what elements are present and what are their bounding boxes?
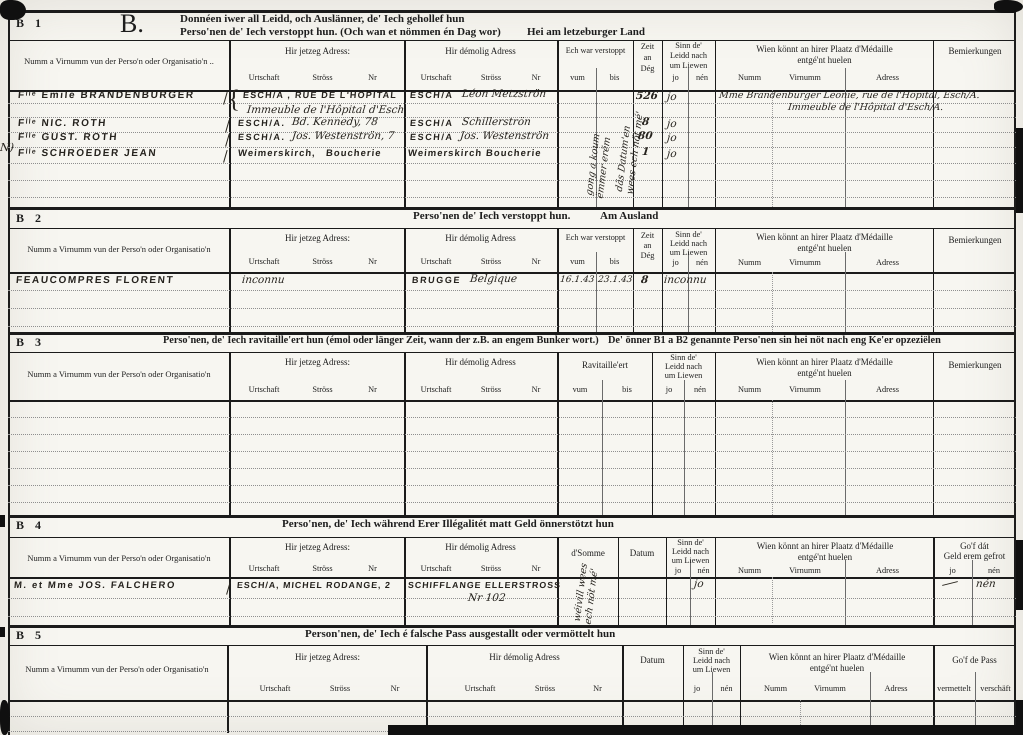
grid-line [772,90,773,207]
b1-col-jetzeg: Hir jetzeg Adress: [232,46,403,56]
grid-line [8,616,1016,617]
b1-sub-vum: vum [559,73,596,82]
b1-sub-urtschaft-1: Urtschaft [233,73,295,82]
b2-sub-numm: Numm [722,258,777,267]
b2-title: Perso'nen de' Iech verstoppt hun. [413,210,570,222]
b1-row4-alive: jo [666,148,677,160]
scan-artifact [0,0,26,20]
grid-line [8,290,1016,291]
b1-row2-jetzeg-ort: ESCH/A. [238,118,287,128]
b5-sub-stross-1: Ströss [310,684,370,693]
b1-sub-stross-2: Ströss [466,73,516,82]
b1-verstoppt-bis-note: däs Datum'en wees ech nöt mé' [614,107,646,195]
b4-sub-stross-1: Ströss [295,564,350,573]
b5-sub-nr-1: Nr [370,684,420,693]
b1-col-medal-2: entgé'nt huelen [717,55,932,65]
b1-sub-nr-2: Nr [516,73,556,82]
scan-artifact [1016,540,1023,610]
b1-sub-stross-1: Ströss [295,73,350,82]
b4-sub-nr-1: Nr [350,564,395,573]
grid-line [8,485,1016,486]
b5-sub-stross-2: Ströss [515,684,575,693]
b4-sub-stross-2: Ströss [466,564,516,573]
b2-col-medal-2: entgé'nt huelen [717,243,932,253]
b3-col-bemierkungen: Bemierkungen [935,360,1015,370]
grid-line [845,380,846,515]
b5-col-medal-2: entgé'nt huelen [742,663,932,673]
b2-sub-bis: bis [596,257,633,266]
b1-row1-medal-line2: Immeuble de l'Hôpital d'Esch/A. [787,102,943,113]
b1-col-zeit-3: Dég [633,64,662,73]
b3-sub-nr-1: Nr [350,385,395,394]
b1-row1-demolig-ort: ESCH/A [410,90,454,100]
b3-col-jetzeg: Hir jetzeg Adress: [232,357,403,367]
b1-row2-demolig-ort: ESCH/A [410,118,454,128]
b1-verstoppt-vum-note: gong a koum ëmmer erëm [584,132,613,200]
b1-sub-urtschaft-2: Urtschaft [406,73,466,82]
b2-sub-jo: jo [663,258,688,267]
b1-row4-demolig-ort: Weimerskirch [408,148,483,159]
b1-col-verstoppt: Ech war verstoppt [559,46,632,55]
b5-sub-urtschaft-2: Urtschaft [445,684,515,693]
b1-row4-zeit: 1 [641,146,650,158]
b1-col-zeit-1: Zeit [633,42,662,51]
b3-sub-bis: bis [604,385,650,394]
b4-col-medal-2: entgé'nt huelen [717,552,933,562]
grid-line [8,700,1016,702]
grid-line [8,577,1016,579]
b4-sub-jo: jo [666,566,690,575]
grid-line [8,10,1016,13]
b2-sub-nen: nén [689,258,715,267]
b4-col-datum: Datum [618,548,666,558]
b1-row1-zeit: 526 [635,90,658,102]
grid-line [229,228,231,332]
b4-sub-numm: Numm [722,566,777,575]
b5-sub-jo: jo [683,684,711,693]
grid-line [684,380,685,515]
b5-col-demolig: Hir démolig Adress [427,652,622,662]
b2-col-medal-1: Wien könnt an hirer Plaatz d'Médaille [717,232,932,242]
b2-row1-demolig-stross: Belgique [469,273,517,285]
b4-col-sinn-1: Sinn de' [666,538,715,547]
grid-line [8,326,1016,327]
tick-mark [217,148,227,162]
b1-col-zeit-2: an [633,53,662,62]
b1-row2-name: Fˡˡᵉ NIC. ROTH [18,118,108,129]
grid-line [8,163,1016,164]
grid-line [404,40,406,207]
b2-row1-name: FEAUCOMPRES FLORENT [16,275,175,286]
grid-line [8,400,1016,402]
b4-sub-adress: Adress [845,566,930,575]
b2-sub-vum: vum [559,257,596,266]
b3-col-ravitailleert: Ravitaille'ert [558,360,652,370]
b5-sub-nen: nén [713,684,740,693]
b1-row1-demolig-stross: Léon Metzströn [461,88,546,100]
b4-sub-geld-jo: jo [933,566,972,575]
b2-col-name: Numm a Virnumm vun der Perso'n oder Orga… [12,244,226,254]
b4-title: Perso'nen, de' Iech während Erer Illégal… [282,518,614,530]
grid-line [404,228,406,332]
grid-line [1014,10,1016,735]
b3-sub-urtschaft-2: Urtschaft [406,385,466,394]
b1-row4-demolig-stross: Boucherie [486,148,542,159]
b5-col-medal-1: Wien könnt an hirer Plaatz d'Médaille [742,652,932,662]
b1-sub-nr-1: Nr [350,73,395,82]
scan-artifact [0,627,5,637]
scan-artifact [0,700,10,735]
b3-col-sinn-3: um Liewen [654,371,713,380]
b3-col-medal-2: entgé'nt huelen [717,368,932,378]
b5-sub-adress: Adress [862,684,930,693]
b1-row4-jetzeg-stross: Boucherie [326,148,382,159]
grid-line [557,228,559,332]
b5-col-name: Numm a Virnumm vun der Perso'n oder Orga… [12,664,222,674]
b1-col-bemierkungen: Bemierkungen [935,46,1015,56]
b2-row1-bis: 23.1.43 [597,275,632,285]
b1-row3-jetzeg-ort: ESCH/A. [238,132,287,142]
b4-col-jetzeg: Hir jetzeg Adress: [232,542,403,552]
b1-row1-alive: jo [666,91,677,103]
b3-sub-nen: nén [686,385,714,394]
b5-col-sinn-1: Sinn de' [683,647,740,656]
b3-sub-virnumm: Virnumm [770,385,840,394]
b1-row1-name: Fˡˡᵉ Emile BRANDENBURGER [18,90,196,101]
b2-col-sinn-2: Leidd nach [663,239,714,248]
b3-title: Perso'nen, de' Iech ravitaille'ert hun (… [163,335,599,346]
b1-row1-medal-line1: Mme Brandenburger Léonie, rue de l'Hôpit… [718,90,980,101]
b3-title-suffix: De' önner B1 a B2 genannte Perso'nen sin… [608,335,941,346]
b2-sub-virnumm: Virnumm [770,258,840,267]
scan-artifact [0,515,5,527]
b2-sub-nr-1: Nr [350,257,395,266]
grid-line [715,537,716,625]
section-label-b4: B 4 [16,518,45,533]
grid-line [8,645,1016,646]
b4-sub-nen: nén [692,566,715,575]
b1-col-medal-1: Wien könnt an hirer Plaatz d'Médaille [717,44,932,54]
b2-row1-alive: inconnu [663,274,707,286]
grid-line [602,380,603,515]
b1-sub-numm: Numm [722,73,777,82]
b4-sub-geld-nen: nén [972,566,1016,575]
b1-row2-jetzeg-stross: Bd. Kennedy, 78 [291,116,378,128]
b2-col-demolig: Hir démolig Adress [405,233,556,243]
grid-line [8,180,1016,181]
grid-line [712,672,713,733]
b4-row1-name: M. et Mme JOS. FALCHERO [14,580,177,591]
b1-sub-bis: bis [596,73,633,82]
grid-line [870,672,871,733]
grid-line [8,352,1016,353]
b1-sub-jo: jo [663,73,688,82]
b4-col-sinn-2: Leidd nach [666,547,715,556]
b3-col-medal-1: Wien könnt an hirer Plaatz d'Médaille [717,357,932,367]
grid-line [8,451,1016,452]
b2-sub-urtschaft-2: Urtschaft [406,257,466,266]
b1-sub-nen: nén [689,73,715,82]
b4-sub-virnumm: Virnumm [770,566,840,575]
grid-line [845,68,846,207]
b3-col-demolig: Hir démolig Adress [405,357,556,367]
b1-col-sinn-1: Sinn de' [663,41,714,50]
b2-col-verstoppt: Ech war verstoppt [559,233,632,242]
grid-line [8,10,10,735]
grid-line [8,197,1016,198]
b2-col-zeit-1: Zeit [633,231,662,240]
grid-line [715,228,716,332]
b5-col-jetzeg: Hir jetzeg Adress: [228,652,427,662]
b1-row4-jetzeg-ort: Weimerskirch, [238,148,317,159]
grid-line [8,716,1016,717]
scan-artifact [1016,128,1023,213]
b4-col-sinn-3: um Liewen [666,556,715,565]
b5-title: Person'nen, de' Iech é falsche Pass ausg… [305,628,615,640]
grid-line [933,40,934,207]
b4-row1-geld-nen: nén [975,578,996,590]
b1-row3-demolig-ort: ESCH/A [410,132,454,142]
b3-col-sinn-1: Sinn de' [654,353,713,362]
b4-sub-urtschaft-1: Urtschaft [233,564,295,573]
grid-line [8,40,1016,41]
grid-line [933,228,934,332]
grid-line [557,40,559,207]
b1-title-line2: Perso'nen de' Iech verstoppt hun. (Och w… [180,26,501,38]
b4-col-demolig: Hir démolig Adress [405,542,556,552]
grid-line [8,434,1016,435]
b4-row1-geld-jo-mark [942,581,958,586]
b4-col-gof-geld-1: Go'f dát [933,541,1016,551]
b2-col-bemierkungen: Bemierkungen [935,235,1015,245]
big-letter-b: B. [120,9,144,39]
b1-row3-alive: jo [666,132,677,144]
b4-col-gof-geld-2: Geld erem gefrot [933,551,1016,561]
b5-col-sinn-2: Leidd nach [683,656,740,665]
grid-line [688,68,689,207]
b3-sub-urtschaft-1: Urtschaft [233,385,295,394]
grid-line [229,40,231,207]
grid-line [8,468,1016,469]
b5-col-datum: Datum [622,655,683,665]
b5-sub-vermettelt: vermettelt [933,684,975,693]
b2-sub-stross-1: Ströss [295,257,350,266]
grid-line [8,598,1016,599]
b1-row3-jetzeg-stross: Jos. Westenströn, 7 [291,130,395,142]
b5-sub-verschaft: verschäft [975,684,1016,693]
scan-artifact [388,725,1023,735]
b5-sub-virnumm: Virnumm [795,684,865,693]
b1-row2-alive: jo [666,118,677,130]
b3-sub-stross-2: Ströss [466,385,516,394]
grid-line [8,417,1016,418]
b1-row3-name: Fˡˡᵉ GUST. ROTH [18,132,119,143]
grid-line [8,537,1016,538]
section-label-b3: B 3 [16,335,45,350]
grid-line [8,228,1016,229]
b1-margin-note: N) [0,141,15,154]
b2-row1-vum: 16.1.43 [559,275,594,285]
b1-col-name: Numm a Virnumm vun der Perso'n oder Orga… [12,56,226,66]
b4-col-dsomme: d'Somme [558,548,618,558]
b2-title-suffix: Am Ausland [600,210,658,222]
b2-col-zeit-3: Dég [633,251,662,260]
b1-row3-demolig-stross: Jos. Westenströn [459,130,549,142]
b2-col-sinn-1: Sinn de' [663,230,714,239]
b3-sub-adress: Adress [845,385,930,394]
b5-sub-nr-2: Nr [575,684,620,693]
b1-row4-name: Fˡˡᵉ SCHROEDER JEAN [18,148,158,159]
b1-col-demolig: Hir démolig Adress [405,46,556,56]
b1-sub-adress: Adress [845,73,930,82]
b3-col-sinn-2: Leidd nach [654,362,713,371]
b2-col-jetzeg: Hir jetzeg Adress: [232,233,403,243]
b2-sub-stross-2: Ströss [466,257,516,266]
b1-row2-demolig-stross: Schillerströn [461,116,531,128]
b1-title-line1: Donnéen iwer all Leidd, och Auslänner, d… [180,13,465,25]
b2-sub-adress: Adress [845,258,930,267]
b4-sub-urtschaft-2: Urtschaft [406,564,466,573]
b3-sub-nr-2: Nr [516,385,556,394]
b2-row1-zeit: 8 [640,274,649,286]
grid-line [740,645,741,733]
b3-col-name: Numm a Virnumm vun der Perso'n oder Orga… [12,369,226,379]
scanned-form-page: B 1 B. Donnéen iwer all Leidd, och Auslä… [0,0,1023,735]
b2-sub-nr-2: Nr [516,257,556,266]
b2-row1-demolig-ort: BRUGGE [412,275,462,285]
grid-line [715,40,716,207]
b1-col-sinn-3: um Liewen [663,61,714,70]
b5-col-sinn-3: um Liewen [683,665,740,674]
b4-col-name: Numm a Virnumm vun der Perso'n oder Orga… [12,553,226,563]
b4-sub-nr-2: Nr [516,564,556,573]
b2-col-zeit-2: an [633,241,662,250]
b3-sub-vum: vum [558,385,602,394]
b2-row1-jetzeg: inconnu [241,274,285,286]
b4-col-medal-1: Wien könnt an hirer Plaatz d'Médaille [717,541,933,551]
section-label-b5: B 5 [16,628,45,643]
grid-line [975,672,976,733]
b2-col-sinn-3: um Liewen [663,248,714,257]
b3-sub-jo: jo [654,385,684,394]
grid-line [8,308,1016,309]
scan-artifact [994,0,1023,13]
b4-row1-demolig-line2: Nr 102 [467,592,506,604]
section-label-b2: B 2 [16,211,45,226]
b4-row1-jetzeg: ESCH/A, MICHEL RODANGE, 2 [237,580,392,590]
b1-col-sinn-2: Leidd nach [663,51,714,60]
b5-sub-urtschaft-1: Urtschaft [240,684,310,693]
b1-sub-virnumm: Virnumm [770,73,840,82]
grid-line [772,272,773,332]
grid-line [8,502,1016,503]
b2-sub-urtschaft-1: Urtschaft [233,257,295,266]
b3-sub-numm: Numm [722,385,777,394]
b1-row1-jetzeg-line2: Immeuble de l'Hôpital d'Esch [246,104,404,116]
b1-row1-jetzeg-line1: ESCH/A , RUE DE L'HÔPITAL [243,90,398,100]
b1-title-suffix: Hei am letzeburger Land [527,26,645,38]
b4-row1-alive: jo [693,578,704,590]
b4-row1-demolig-line1: SCHIFFLANGE ELLERSTROSS [408,580,562,590]
b5-col-gof-pass: Go'f de Pass [933,655,1016,665]
b3-sub-stross-1: Ströss [295,385,350,394]
b1-row1-brace: { [228,86,240,114]
